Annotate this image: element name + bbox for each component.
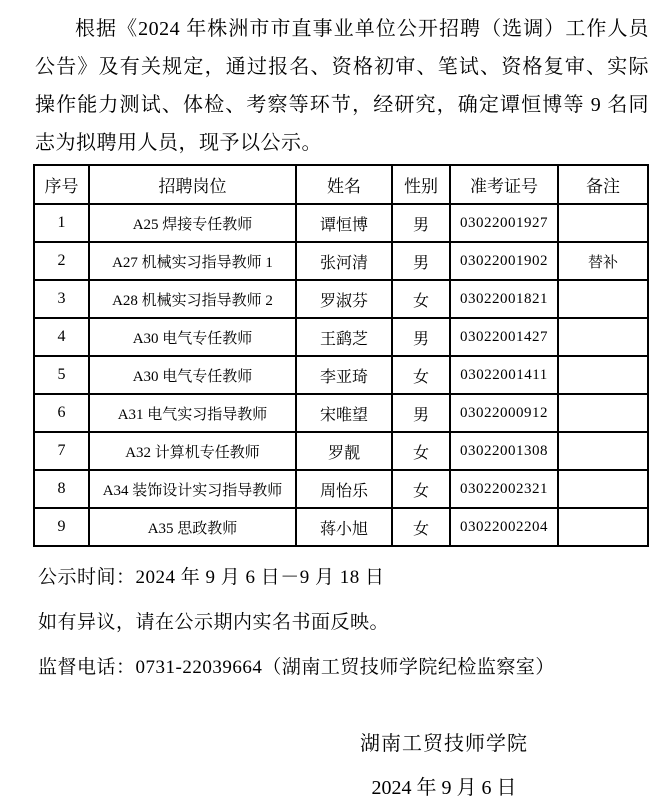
table-cell: 8: [34, 470, 89, 508]
announcement-page: 根据《2024 年株洲市市直事业单位公开招聘（选调）工作人员公告》及有关规定，通…: [0, 0, 669, 809]
table-cell: [558, 432, 648, 470]
table-cell: 03022000912: [450, 394, 558, 432]
table-cell: 9: [34, 508, 89, 546]
column-header-name: 姓名: [296, 165, 392, 204]
table-cell: 李亚琦: [296, 356, 392, 394]
column-header-exam-id: 准考证号: [450, 165, 558, 204]
table-cell: 王鹞芝: [296, 318, 392, 356]
table-cell: A34 装饰设计实习指导教师: [89, 470, 296, 508]
table-cell: 男: [392, 204, 450, 242]
column-header-remarks: 备注: [558, 165, 648, 204]
column-header-gender: 性别: [392, 165, 450, 204]
table-cell: 2: [34, 242, 89, 280]
table-cell: [558, 394, 648, 432]
column-header-position: 招聘岗位: [89, 165, 296, 204]
table-row: 8A34 装饰设计实习指导教师周怡乐女03022002321: [34, 470, 648, 508]
table-header-row: 序号 招聘岗位 姓名 性别 准考证号 备注: [34, 165, 648, 204]
table-cell: 03022001821: [450, 280, 558, 318]
table-cell: [558, 204, 648, 242]
table-cell: 罗靓: [296, 432, 392, 470]
table-cell: 03022002321: [450, 470, 558, 508]
table-cell: 女: [392, 356, 450, 394]
table-cell: [558, 280, 648, 318]
table-cell: [558, 318, 648, 356]
table-cell: 男: [392, 242, 450, 280]
table-header: 序号 招聘岗位 姓名 性别 准考证号 备注: [34, 165, 648, 204]
signature-date: 2024 年 9 月 6 日: [319, 776, 569, 800]
table-cell: 03022001308: [450, 432, 558, 470]
table-cell: 1: [34, 204, 89, 242]
table-cell: 5: [34, 356, 89, 394]
table-cell: 替补: [558, 242, 648, 280]
table-cell: A30 电气专任教师: [89, 318, 296, 356]
table-cell: A27 机械实习指导教师 1: [89, 242, 296, 280]
table-cell: [558, 470, 648, 508]
table-row: 1A25 焊接专任教师谭恒博男03022001927: [34, 204, 648, 242]
table-row: 7A32 计算机专任教师罗靓女03022001308: [34, 432, 648, 470]
table-row: 3A28 机械实习指导教师 2罗淑芬女03022001821: [34, 280, 648, 318]
candidate-table: 序号 招聘岗位 姓名 性别 准考证号 备注 1A25 焊接专任教师谭恒博男030…: [33, 164, 649, 547]
table-cell: 男: [392, 318, 450, 356]
table-cell: 男: [392, 394, 450, 432]
table-cell: 03022001411: [450, 356, 558, 394]
table-cell: 蒋小旭: [296, 508, 392, 546]
table-cell: [558, 356, 648, 394]
table-cell: 03022001927: [450, 204, 558, 242]
table-cell: A28 机械实习指导教师 2: [89, 280, 296, 318]
table-cell: A30 电气专任教师: [89, 356, 296, 394]
table-cell: 03022001427: [450, 318, 558, 356]
table-cell: 03022001902: [450, 242, 558, 280]
table-body: 1A25 焊接专任教师谭恒博男030220019272A27 机械实习指导教师 …: [34, 204, 648, 546]
table-cell: 03022002204: [450, 508, 558, 546]
table-cell: A35 思政教师: [89, 508, 296, 546]
column-header-number: 序号: [34, 165, 89, 204]
table-cell: 6: [34, 394, 89, 432]
table-cell: 女: [392, 508, 450, 546]
objection-note-line: 如有异议，请在公示期内实名书面反映。: [38, 600, 649, 645]
table-cell: 3: [34, 280, 89, 318]
table-cell: [558, 508, 648, 546]
table-cell: 女: [392, 280, 450, 318]
table-cell: 7: [34, 432, 89, 470]
table-cell: 张河清: [296, 242, 392, 280]
table-cell: 女: [392, 432, 450, 470]
table-cell: A25 焊接专任教师: [89, 204, 296, 242]
table-cell: 周怡乐: [296, 470, 392, 508]
table-row: 2A27 机械实习指导教师 1张河清男03022001902替补: [34, 242, 648, 280]
table-cell: 4: [34, 318, 89, 356]
notes-section: 公示时间：2024 年 9 月 6 日－9 月 18 日 如有异议，请在公示期内…: [38, 555, 649, 690]
signature-block: 湖南工贸技师学院 2024 年 9 月 6 日: [319, 732, 569, 800]
table-row: 6A31 电气实习指导教师宋唯望男03022000912: [34, 394, 648, 432]
table-row: 9A35 思政教师蒋小旭女03022002204: [34, 508, 648, 546]
intro-paragraph: 根据《2024 年株洲市市直事业单位公开招聘（选调）工作人员公告》及有关规定，通…: [35, 10, 649, 162]
signature-organization: 湖南工贸技师学院: [319, 732, 569, 756]
publicity-period-line: 公示时间：2024 年 9 月 6 日－9 月 18 日: [38, 555, 649, 600]
table-cell: A31 电气实习指导教师: [89, 394, 296, 432]
table-cell: 罗淑芬: [296, 280, 392, 318]
table-row: 5A30 电气专任教师李亚琦女03022001411: [34, 356, 648, 394]
table-cell: A32 计算机专任教师: [89, 432, 296, 470]
table-cell: 谭恒博: [296, 204, 392, 242]
supervision-phone-line: 监督电话：0731-22039664（湖南工贸技师学院纪检监察室）: [38, 645, 649, 690]
table-row: 4A30 电气专任教师王鹞芝男03022001427: [34, 318, 648, 356]
table-cell: 女: [392, 470, 450, 508]
table-cell: 宋唯望: [296, 394, 392, 432]
